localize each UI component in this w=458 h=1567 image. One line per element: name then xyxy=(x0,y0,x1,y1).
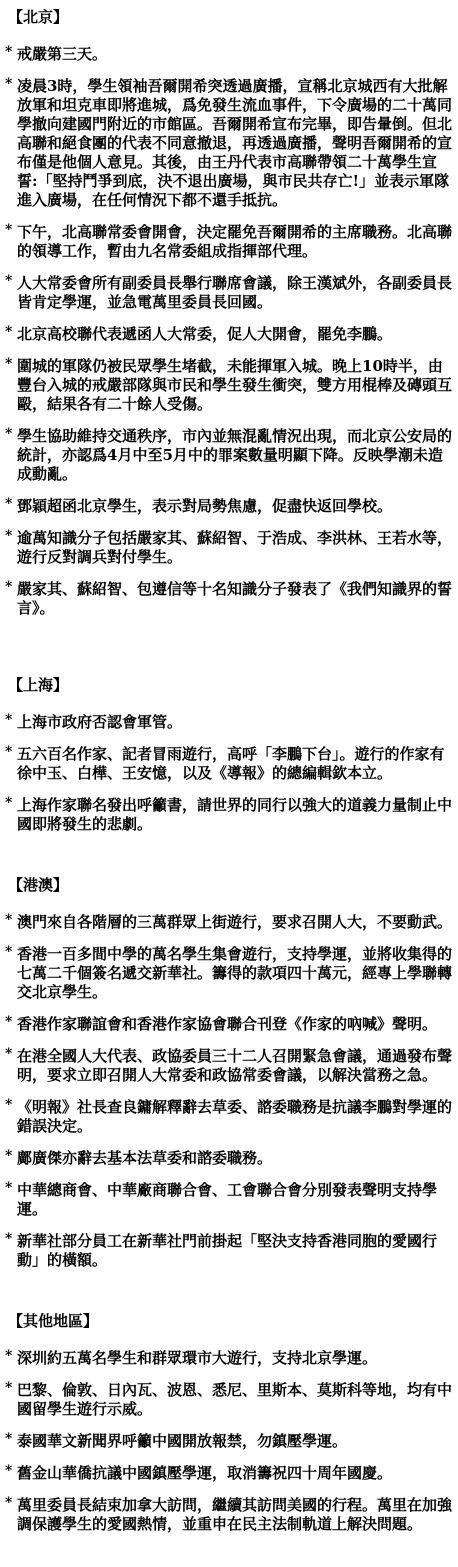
item-text: 下午，北高聯常委會開會，決定罷免吾爾開希的主席職務。北高聯的領導工作，暫由九名常… xyxy=(17,223,452,260)
list-item: *《明報》社長查良鏞解釋辭去草委、諮委職務是抗議李鵬對學運的錯誤決定。 xyxy=(4,1098,456,1136)
bullet-marker: * xyxy=(5,1045,12,1064)
item-text: 泰國華文新聞界呼籲中國開放報禁，勿鎮壓學運。 xyxy=(17,1432,347,1450)
bullet-marker: * xyxy=(5,1494,12,1513)
list-item: *巴黎、倫敦、日內瓦、波恩、悉尼、里斯本、莫斯科等地，均有中國留學生遊行示威。 xyxy=(4,1381,456,1419)
bullet-marker: * xyxy=(5,1179,12,1198)
list-item: *香港一百多間中學的萬名學生集會遊行，支持學運，並將收集得的七萬二千個簽名遞交新… xyxy=(4,945,456,1002)
item-text: 香港一百多間中學的萬名學生集會遊行，支持學運，並將收集得的七萬二千個簽名遞交新華… xyxy=(17,945,452,1001)
list-item: *鄺廣傑亦辭去基本法草委和諮委職務。 xyxy=(4,1149,456,1168)
section-header: 【港澳】 xyxy=(8,876,456,895)
list-item: *在港全國人大代表、政協委員三十二人召開緊急會議，通過發布聲明，要求立即召開人大… xyxy=(4,1047,456,1085)
item-text: 凌晨3時，學生領袖吾爾開希突透過廣播，宣稱北京城西有大批解放軍和坦克車即將進城，… xyxy=(17,77,452,209)
bullet-marker: * xyxy=(5,1379,12,1398)
bullet-marker: * xyxy=(5,911,12,930)
list-item: *圍城的軍隊仍被民眾學生堵截，未能揮軍入城。晚上10時半，由豐台入城的戒嚴部隊與… xyxy=(4,357,456,414)
bullet-marker: * xyxy=(5,794,12,813)
item-text: 新華社部分員工在新華社門前掛起「堅決支持香港同胞的愛國行動」的橫額。 xyxy=(17,1232,437,1269)
list-item: *上海市政府否認會軍管。 xyxy=(4,713,456,732)
item-text: 上海市政府否認會軍管。 xyxy=(17,713,182,731)
bullet-marker: * xyxy=(5,75,12,94)
item-text: 圍城的軍隊仍被民眾學生堵截，未能揮軍入城。晚上10時半，由豐台入城的戒嚴部隊與市… xyxy=(17,357,452,413)
item-text: 北京高校聯代表遞函人大常委，促人大開會，罷免李鵬。 xyxy=(17,325,392,343)
news-section: 【其他地區】*深圳約五萬名學生和群眾環市大遊行，支持北京學運。*巴黎、倫敦、日內… xyxy=(4,1312,456,1534)
list-item: *五六百名作家、記者冒雨遊行，高呼「李鵬下台」。遊行的作家有徐中玉、白樺、王安憶… xyxy=(4,745,456,783)
item-text: 在港全國人大代表、政協委員三十二人召開緊急會議，通過發布聲明，要求立即召開人大常… xyxy=(17,1047,452,1084)
item-text: 萬里委員長結束加拿大訪問，繼續其訪問美國的行程。萬里在加強調保護學生的愛國熱情，… xyxy=(17,1496,452,1533)
item-text: 香港作家聯誼會和香港作家協會聯合刊登《作家的吶喊》聲明。 xyxy=(17,1015,437,1033)
bullet-marker: * xyxy=(5,578,12,597)
item-text: 逾萬知識分子包括嚴家其、蘇紹智、于浩成、李洪林、王若水等，遊行反對調兵對付學生。 xyxy=(17,529,452,566)
list-item: *嚴家其、蘇紹智、包遵信等十名知識分子發表了《我們知識界的誓言》。 xyxy=(4,580,456,618)
list-item: *萬里委員長結束加拿大訪問，繼續其訪問美國的行程。萬里在加強調保護學生的愛國熱情… xyxy=(4,1496,456,1534)
item-text: 五六百名作家、記者冒雨遊行，高呼「李鵬下台」。遊行的作家有徐中玉、白樺、王安憶，… xyxy=(17,745,445,782)
list-item: *鄧穎超函北京學生，表示對局勢焦慮，促盡快返回學校。 xyxy=(4,497,456,516)
document: 【北京】*戒嚴第三天。*凌晨3時，學生領袖吾爾開希突透過廣播，宣稱北京城西有大批… xyxy=(0,0,458,1567)
list-item: *人大常委會所有副委員長舉行聯席會議，除王漢斌外，各副委員長皆肯定學運，並急電萬… xyxy=(4,274,456,312)
bullet-marker: * xyxy=(5,495,12,514)
bullet-marker: * xyxy=(5,355,12,374)
section-header: 【上海】 xyxy=(8,676,456,695)
bullet-marker: * xyxy=(5,1347,12,1366)
list-item: *逾萬知識分子包括嚴家其、蘇紹智、于浩成、李洪林、王若水等，遊行反對調兵對付學生… xyxy=(4,529,456,567)
list-item: *下午，北高聯常委會開會，決定罷免吾爾開希的主席職務。北高聯的領導工作，暫由九名… xyxy=(4,223,456,261)
item-text: 上海作家聯名發出呼籲書，請世界的同行以強大的道義力量制止中國即將發生的悲劇。 xyxy=(17,796,452,833)
news-section: 【港澳】*澳門來自各階層的三萬群眾上街遊行，要求召開人大，不要動武。*香港一百多… xyxy=(4,876,456,1270)
bullet-marker: * xyxy=(5,43,12,62)
bullet-marker: * xyxy=(5,743,12,762)
item-text: 中華總商會、中華廠商聯合會、工會聯合會分別發表聲明支持學運。 xyxy=(17,1181,437,1218)
item-text: 嚴家其、蘇紹智、包遵信等十名知識分子發表了《我們知識界的誓言》。 xyxy=(17,580,452,617)
item-text: 學生協助維持交通秩序，市內並無混亂情況出現，而北京公安局的統計，亦認爲4月中至5… xyxy=(17,427,452,483)
item-text: 人大常委會所有副委員長舉行聯席會議，除王漢斌外，各副委員長皆肯定學運，並急電萬里… xyxy=(17,274,452,311)
bullet-marker: * xyxy=(5,425,12,444)
item-text: 澳門來自各階層的三萬群眾上街遊行，要求召開人大，不要動武。 xyxy=(17,913,452,931)
news-section: 【北京】*戒嚴第三天。*凌晨3時，學生領袖吾爾開希突透過廣播，宣稱北京城西有大批… xyxy=(4,8,456,618)
bullet-marker: * xyxy=(5,323,12,342)
bullet-marker: * xyxy=(5,272,12,291)
list-item: *戒嚴第三天。 xyxy=(4,45,456,64)
list-item: *香港作家聯誼會和香港作家協會聯合刊登《作家的吶喊》聲明。 xyxy=(4,1015,456,1034)
bullet-marker: * xyxy=(5,221,12,240)
item-text: 深圳約五萬名學生和群眾環市大遊行，支持北京學運。 xyxy=(17,1349,377,1367)
list-item: *新華社部分員工在新華社門前掛起「堅決支持香港同胞的愛國行動」的橫額。 xyxy=(4,1232,456,1270)
item-text: 舊金山華僑抗議中國鎮壓學運，取消籌祝四十周年國慶。 xyxy=(17,1464,392,1482)
list-item: *學生協助維持交通秩序，市內並無混亂情況出現，而北京公安局的統計，亦認爲4月中至… xyxy=(4,427,456,484)
list-item: *泰國華文新聞界呼籲中國開放報禁，勿鎮壓學運。 xyxy=(4,1432,456,1451)
bullet-marker: * xyxy=(5,1230,12,1249)
bullet-marker: * xyxy=(5,1462,12,1481)
item-text: 《明報》社長查良鏞解釋辭去草委、諮委職務是抗議李鵬對學運的錯誤決定。 xyxy=(17,1098,452,1135)
news-section: 【上海】*上海市政府否認會軍管。*五六百名作家、記者冒雨遊行，高呼「李鵬下台」。… xyxy=(4,676,456,834)
item-text: 巴黎、倫敦、日內瓦、波恩、悉尼、里斯本、莫斯科等地，均有中國留學生遊行示威。 xyxy=(17,1381,452,1418)
item-text: 戒嚴第三天。 xyxy=(17,45,107,63)
item-text: 鄺廣傑亦辭去基本法草委和諮委職務。 xyxy=(17,1149,272,1167)
bullet-marker: * xyxy=(5,1430,12,1449)
bullet-marker: * xyxy=(5,711,12,730)
bullet-marker: * xyxy=(5,1147,12,1166)
section-header: 【北京】 xyxy=(8,8,456,27)
list-item: *凌晨3時，學生領袖吾爾開希突透過廣播，宣稱北京城西有大批解放軍和坦克車即將進城… xyxy=(4,77,456,210)
list-item: *中華總商會、中華廠商聯合會、工會聯合會分別發表聲明支持學運。 xyxy=(4,1181,456,1219)
list-item: *上海作家聯名發出呼籲書，請世界的同行以強大的道義力量制止中國即將發生的悲劇。 xyxy=(4,796,456,834)
bullet-marker: * xyxy=(5,1013,12,1032)
bullet-marker: * xyxy=(5,527,12,546)
item-text: 鄧穎超函北京學生，表示對局勢焦慮，促盡快返回學校。 xyxy=(17,497,392,515)
bullet-marker: * xyxy=(5,1096,12,1115)
list-item: *北京高校聯代表遞函人大常委，促人大開會，罷免李鵬。 xyxy=(4,325,456,344)
bullet-marker: * xyxy=(5,943,12,962)
list-item: *深圳約五萬名學生和群眾環市大遊行，支持北京學運。 xyxy=(4,1349,456,1368)
list-item: *澳門來自各階層的三萬群眾上街遊行，要求召開人大，不要動武。 xyxy=(4,913,456,932)
section-header: 【其他地區】 xyxy=(8,1312,456,1331)
list-item: *舊金山華僑抗議中國鎮壓學運，取消籌祝四十周年國慶。 xyxy=(4,1464,456,1483)
